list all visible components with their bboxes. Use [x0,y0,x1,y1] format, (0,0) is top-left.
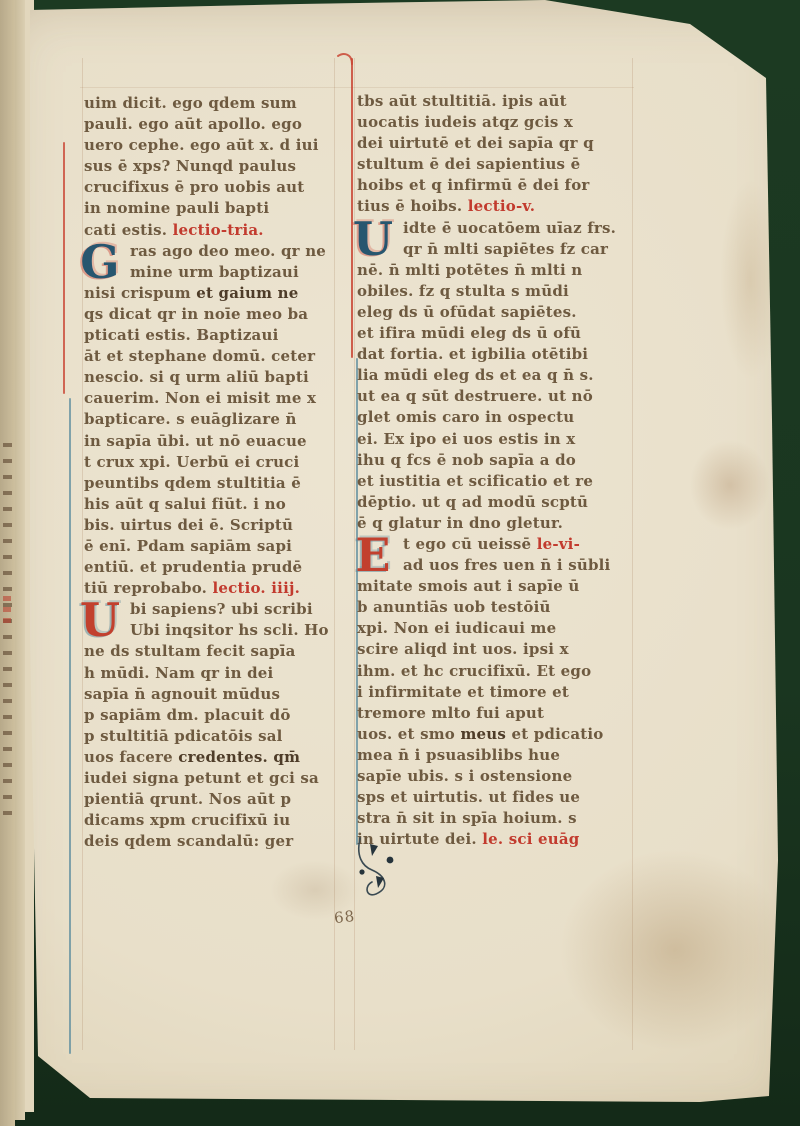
text-column-right: tbs aūt stultitiā. ipis aūtuocatis iudei… [357,91,633,850]
body-text: ei. Ex ipo ei uos estis in x [357,430,575,448]
folio-number: 68 [333,907,356,927]
body-text: p sapiām dm. placuit dō [84,706,291,724]
body-text: b anuntiās uob testōiū [357,598,551,616]
rubric-text: lectio-v. [468,197,535,215]
manuscript-text-line: ihu q fcs ē nob sapīa a do [357,450,633,471]
body-text: nē. n̄ mlti potētes n̄ mlti n [357,261,582,279]
manuscript-text-line: sus ē xps? Nunqd paulus [84,156,340,177]
body-text: meus [460,725,506,743]
manuscript-page: uim dicit. ego qdem sumpauli. ego aūt ap… [0,0,800,1126]
body-text: et gaium ne [196,284,298,302]
previous-page-text-fragments [3,443,12,815]
body-text: deis qdem scandalū: ger [84,832,293,850]
manuscript-text-line: qr n̄ mlti sapiētes fz car [357,239,633,260]
body-text: in nomine pauli bapti [84,199,269,217]
body-text: dicams xpm crucifixū iu [84,811,290,829]
body-text: tbs aūt stultitiā. ipis aūt [357,92,567,110]
body-text: bis. uirtus dei ē. Scriptū [84,516,293,534]
body-text: idte ē uocatōem uīaz frs. [403,219,616,237]
body-text: crucifixus ē pro uobis aut [84,178,304,196]
body-text: lia mūdi eleg ds et ea q n̄ s. [357,366,594,384]
manuscript-text-line: uocatis iudeis atqz gcis x [357,112,633,133]
manuscript-text-line: cati estis. lectio-tria. [84,220,340,241]
body-text: his aūt q salui fiūt. i no [84,495,286,513]
manuscript-text-line: pientiā qrunt. Nos aūt p [84,789,340,810]
manuscript-text-line: ad uos fres uen n̄ i sūbli [357,555,633,576]
text-block: Ubi sapiens? ubi scribiUbi inqsitor hs s… [84,599,340,852]
manuscript-text-line: stultum ē dei sapientius ē [357,154,633,175]
pen-leaf-flourish-icon [346,836,420,908]
illuminated-initial-G: G [76,241,124,283]
parchment-stain [720,180,780,380]
manuscript-text-line: crucifixus ē pro uobis aut [84,177,340,198]
rubric-text: lectio-tria. [173,221,264,239]
body-text: xpi. Non ei iudicaui me [357,619,556,637]
manuscript-text-line: dei uirtutē et dei sapīa qr q [357,133,633,154]
manuscript-text-line: uos facere credentes. qm̄ [84,747,340,768]
parchment-stain [690,440,770,530]
body-text: mine urm baptizaui [130,263,299,281]
body-text: dat fortia. et igbilia otētibi [357,345,588,363]
body-text: uos facere [84,748,178,766]
manuscript-text-line: lia mūdi eleg ds et ea q n̄ s. [357,365,633,386]
body-text: cauerim. Non ei misit me x [84,389,316,407]
body-text: dēptio. ut q ad modū scptū [357,493,588,511]
manuscript-text-line: pauli. ego aūt apollo. ego [84,114,340,135]
manuscript-text-line: nisi crispum et gaium ne [84,283,340,304]
body-text: qr n̄ mlti sapiētes fz car [403,240,608,258]
body-text: p stultitiā pdicatōis sal [84,727,283,745]
left-margin-penwork-blue [69,398,71,1054]
body-text: nisi crispum [84,284,196,302]
body-text: et pdicatio [506,725,603,743]
manuscript-text-line: tbs aūt stultitiā. ipis aūt [357,91,633,112]
manuscript-text-line: cauerim. Non ei misit me x [84,388,340,409]
manuscript-text-line: obiles. fz q stulta s mūdi [357,281,633,302]
manuscript-text-line: tremore mlto fui aput [357,703,633,724]
body-text: stultum ē dei sapientius ē [357,155,580,173]
body-text: nescio. si q urm aliū bapti [84,368,309,386]
body-text: ē q glatur in dno gletur. [357,514,563,532]
manuscript-text-line: sapīe ubis. s i ostensione [357,766,633,787]
previous-page-rubric-fragment [3,596,11,624]
ruling-line [82,58,83,1050]
illuminated-initial-E: E [349,534,397,576]
body-text: et iustitia et scificatio et re [357,472,593,490]
body-text: ad uos fres uen n̄ i sūbli [403,556,610,574]
left-margin-penwork-red [63,142,65,394]
text-column-left: uim dicit. ego qdem sumpauli. ego aūt ap… [84,93,340,852]
manuscript-text-line: tius ē hoibs. lectio-v. [357,196,633,217]
body-text: t ego cū ueissē [403,535,537,553]
manuscript-text-line: āt et stephane domū. ceter [84,346,340,367]
body-text: pientiā qrunt. Nos aūt p [84,790,291,808]
manuscript-text-line: uim dicit. ego qdem sum [84,93,340,114]
manuscript-text-line: bapticare. s euāglizare n̄ [84,409,340,430]
illuminated-initial-U: U [76,599,124,641]
manuscript-text-line: eleg ds ū ofūdat sapiētes. [357,302,633,323]
text-block: uim dicit. ego qdem sumpauli. ego aūt ap… [84,93,340,241]
manuscript-text-line: ne ds stultam fecit sapīa [84,641,340,662]
manuscript-text-line: in nomine pauli bapti [84,198,340,219]
manuscript-text-line: stra n̄ sit in spīa hoium. s [357,808,633,829]
manuscript-text-line: dicams xpm crucifixū iu [84,810,340,831]
text-block: Gras ago deo meo. qr nemine urm baptizau… [84,241,340,600]
manuscript-text-line: uero cephe. ego aūt x. d iui [84,135,340,156]
body-text: qs dicat qr in noīe meo ba [84,305,308,323]
body-text: credentes. qm̄ [178,748,300,766]
parchment-stain [560,850,790,1050]
body-text: ē enī. Pdam sapiām sapi [84,537,292,555]
body-text: sapīe ubis. s i ostensione [357,767,572,785]
body-text: uim dicit. ego qdem sum [84,94,297,112]
body-text: mea n̄ i psuasiblibs hue [357,746,560,764]
manuscript-text-line: in sapīa ūbi. ut nō euacue [84,431,340,452]
rubric-text: lectio. iiij. [212,579,300,597]
manuscript-text-line: xpi. Non ei iudicaui me [357,618,633,639]
body-text: scire aliqd int uos. ipsi x [357,640,569,658]
manuscript-text-line: ē enī. Pdam sapiām sapi [84,536,340,557]
body-text: Ubi inqsitor hs scli. Ho [130,621,329,639]
manuscript-text-line: ē q glatur in dno gletur. [357,513,633,534]
manuscript-text-line: tiū reprobabo. lectio. iiij. [84,578,340,599]
manuscript-text-line: peuntibs qdem stultitia ē [84,473,340,494]
manuscript-text-line: uos. et smo meus et pdicatio [357,724,633,745]
body-text: i infirmitate et timore et [357,683,569,701]
body-text: mitate smois aut i sapīe ū [357,577,580,595]
body-text: ut ea q sūt destruere. ut nō [357,387,593,405]
body-text: eleg ds ū ofūdat sapiētes. [357,303,577,321]
manuscript-text-line: dēptio. ut q ad modū scptū [357,492,633,513]
manuscript-text-line: hoibs et q infirmū ē dei for [357,175,633,196]
body-text: entiū. et prudentia prudē [84,558,302,576]
body-text: pticati estis. Baptizaui [84,326,278,344]
manuscript-text-line: mitate smois aut i sapīe ū [357,576,633,597]
illuminated-initial-U: U [349,218,397,260]
manuscript-text-line: entiū. et prudentia prudē [84,557,340,578]
manuscript-text-line: idte ē uocatōem uīaz frs. [357,218,633,239]
manuscript-text-line: i infirmitate et timore et [357,682,633,703]
body-text: tiū reprobabo. [84,579,212,597]
column-divider-penwork-red [351,58,353,358]
body-text: uocatis iudeis atqz gcis x [357,113,573,131]
rubric-text: le. sci euāg [482,830,579,848]
body-text: ihm. et hc crucifixū. Et ego [357,662,591,680]
page-edge-stack-middle [15,0,25,1120]
body-text: uos. et smo [357,725,460,743]
text-block: Et ego cū ueissē le-vi-ad uos fres uen n… [357,534,633,850]
text-block: tbs aūt stultitiā. ipis aūtuocatis iudei… [357,91,633,218]
ruling-line [80,87,634,88]
manuscript-text-line: nē. n̄ mlti potētes n̄ mlti n [357,260,633,281]
manuscript-text-line: nescio. si q urm aliū bapti [84,367,340,388]
body-text: dei uirtutē et dei sapīa qr q [357,134,594,152]
body-text: stra n̄ sit in spīa hoium. s [357,809,577,827]
manuscript-text-line: et ifira mūdi eleg ds ū ofū [357,323,633,344]
manuscript-text-line: his aūt q salui fiūt. i no [84,494,340,515]
body-text: sps et uirtutis. ut fides ue [357,788,580,806]
manuscript-text-line: scire aliqd int uos. ipsi x [357,639,633,660]
penwork-hook-icon [336,50,358,66]
manuscript-text-line: sapīa n̄ agnouit mūdus [84,684,340,705]
manuscript-text-line: dat fortia. et igbilia otētibi [357,344,633,365]
manuscript-text-line: deis qdem scandalū: ger [84,831,340,852]
manuscript-text-line: qs dicat qr in noīe meo ba [84,304,340,325]
body-text: hoibs et q infirmū ē dei for [357,176,590,194]
text-block: Uidte ē uocatōem uīaz frs.qr n̄ mlti sap… [357,218,633,534]
body-text: bi sapiens? ubi scribi [130,600,313,618]
body-text: in sapīa ūbi. ut nō euacue [84,432,307,450]
body-text: peuntibs qdem stultitia ē [84,474,301,492]
manuscript-text-line: p sapiām dm. placuit dō [84,705,340,726]
manuscript-text-line: sps et uirtutis. ut fides ue [357,787,633,808]
body-text: et ifira mūdi eleg ds ū ofū [357,324,581,342]
body-text: iudei signa petunt et gci sa [84,769,319,787]
body-text: uero cephe. ego aūt x. d iui [84,136,319,154]
manuscript-text-line: t ego cū ueissē le-vi- [357,534,633,555]
manuscript-text-line: t crux xpi. Uerbū ei cruci [84,452,340,473]
body-text: sus ē xps? Nunqd paulus [84,157,296,175]
manuscript-text-line: b anuntiās uob testōiū [357,597,633,618]
body-text: glet omis caro in ospectu [357,408,574,426]
manuscript-text-line: glet omis caro in ospectu [357,407,633,428]
manuscript-text-line: bis. uirtus dei ē. Scriptū [84,515,340,536]
body-text: pauli. ego aūt apollo. ego [84,115,302,133]
rubric-text: le-vi- [537,535,580,553]
body-text: t crux xpi. Uerbū ei cruci [84,453,299,471]
body-text: obiles. fz q stulta s mūdi [357,282,569,300]
manuscript-text-line: mea n̄ i psuasiblibs hue [357,745,633,766]
manuscript-text-line: ihm. et hc crucifixū. Et ego [357,661,633,682]
manuscript-text-line: ei. Ex ipo ei uos estis in x [357,429,633,450]
manuscript-text-line: h mūdi. Nam qr in dei [84,663,340,684]
body-text: bapticare. s euāglizare n̄ [84,410,297,428]
body-text: ihu q fcs ē nob sapīa a do [357,451,576,469]
body-text: āt et stephane domū. ceter [84,347,315,365]
manuscript-text-line: ut ea q sūt destruere. ut nō [357,386,633,407]
body-text: cati estis. [84,221,173,239]
manuscript-text-line: pticati estis. Baptizaui [84,325,340,346]
body-text: ne ds stultam fecit sapīa [84,642,296,660]
body-text: sapīa n̄ agnouit mūdus [84,685,280,703]
body-text: ras ago deo meo. qr ne [130,242,326,260]
body-text: tius ē hoibs. [357,197,468,215]
manuscript-text-line: p stultitiā pdicatōis sal [84,726,340,747]
body-text: tremore mlto fui aput [357,704,544,722]
manuscript-text-line: iudei signa petunt et gci sa [84,768,340,789]
manuscript-text-line: et iustitia et scificatio et re [357,471,633,492]
body-text: h mūdi. Nam qr in dei [84,664,273,682]
